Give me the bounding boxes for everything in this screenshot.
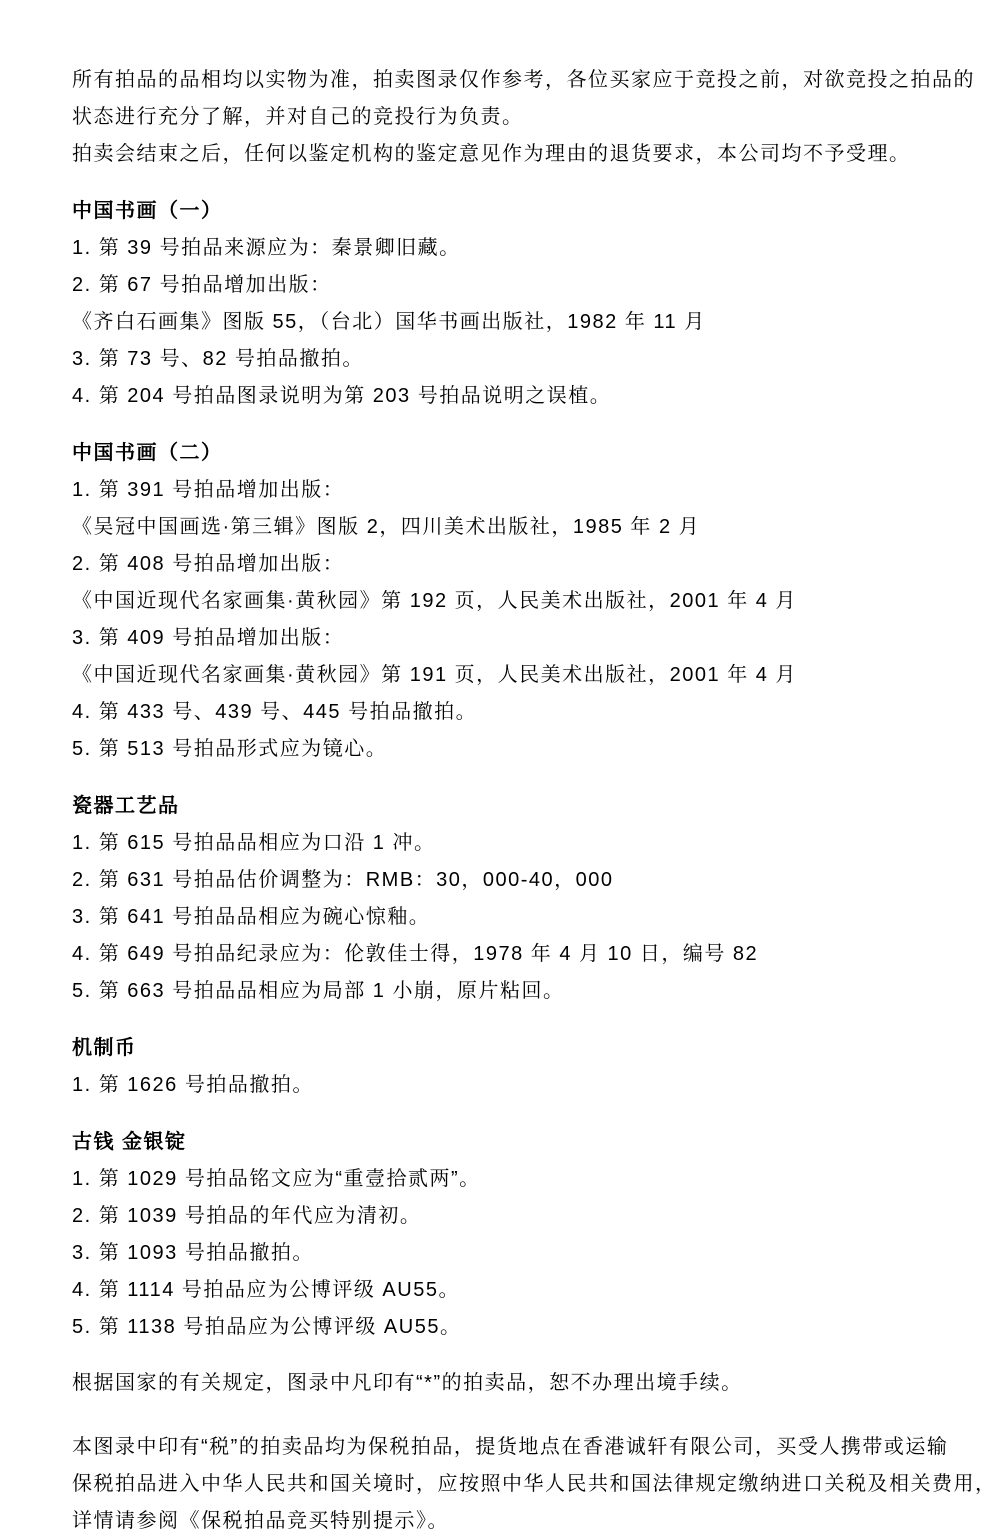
errata-item: 3. 第 73 号、82 号拍品撤拍。 [72,341,986,378]
section-title: 中国书画（一） [72,193,986,230]
errata-item: 3. 第 409 号拍品增加出版： [72,620,986,657]
errata-item: 《中国近现代名家画集·黄秋园》第 191 页，人民美术出版社，2001 年 4 … [72,657,986,694]
errata-item: 《齐白石画集》图版 55，（台北）国华书画出版社，1982 年 11 月 [72,304,986,341]
errata-item: 1. 第 391 号拍品增加出版： [72,472,986,509]
footer-notices: 根据国家的有关规定，图录中凡印有“*”的拍卖品，恕不办理出境手续。本图录中印有“… [72,1365,986,1540]
errata-item: 《中国近现代名家画集·黄秋园》第 192 页，人民美术出版社，2001 年 4 … [72,583,986,620]
catalog-errata-page: 所有拍品的品相均以实物为准，拍卖图录仅作参考，各位买家应于竞投之前，对欲竞投之拍… [0,0,1000,1540]
footnote-line: 详情请参阅《保税拍品竞买特别提示》。 [72,1503,986,1540]
errata-item: 2. 第 1039 号拍品的年代应为清初。 [72,1198,986,1235]
errata-sections: 中国书画（一）1. 第 39 号拍品来源应为：秦景卿旧藏。2. 第 67 号拍品… [72,193,986,1346]
errata-item: 4. 第 433 号、439 号、445 号拍品撤拍。 [72,694,986,731]
section-title: 瓷器工艺品 [72,788,986,825]
errata-section: 中国书画（一）1. 第 39 号拍品来源应为：秦景卿旧藏。2. 第 67 号拍品… [72,193,986,415]
errata-item: 4. 第 1114 号拍品应为公博评级 AU55。 [72,1272,986,1309]
errata-item: 1. 第 1626 号拍品撤拍。 [72,1067,986,1104]
errata-item: 1. 第 39 号拍品来源应为：秦景卿旧藏。 [72,230,986,267]
errata-item: 1. 第 615 号拍品品相应为口沿 1 冲。 [72,825,986,862]
section-title: 古钱 金银锭 [72,1124,986,1161]
errata-item: 4. 第 204 号拍品图录说明为第 203 号拍品说明之误植。 [72,378,986,415]
errata-item: 3. 第 641 号拍品品相应为碗心惊釉。 [72,899,986,936]
errata-item: 《吴冠中国画选·第三辑》图版 2，四川美术出版社，1985 年 2 月 [72,509,986,546]
intro-line: 所有拍品的品相均以实物为准，拍卖图录仅作参考，各位买家应于竞投之前，对欲竞投之拍… [72,62,986,99]
errata-item: 5. 第 513 号拍品形式应为镜心。 [72,731,986,768]
errata-item: 3. 第 1093 号拍品撤拍。 [72,1235,986,1272]
intro-paragraph: 拍卖会结束之后，任何以鉴定机构的鉴定意见作为理由的退货要求，本公司均不予受理。 [72,136,986,173]
intro-paragraph: 所有拍品的品相均以实物为准，拍卖图录仅作参考，各位买家应于竞投之前，对欲竞投之拍… [72,62,986,136]
intro-line: 状态进行充分了解，并对自己的竞投行为负责。 [72,99,986,136]
export-restriction-notice: 根据国家的有关规定，图录中凡印有“*”的拍卖品，恕不办理出境手续。 [72,1365,986,1402]
errata-item: 2. 第 408 号拍品增加出版： [72,546,986,583]
errata-section: 机制币1. 第 1626 号拍品撤拍。 [72,1030,986,1104]
errata-item: 2. 第 631 号拍品估价调整为：RMB：30，000-40，000 [72,862,986,899]
footnote-line: 本图录中印有“税”的拍卖品均为保税拍品，提货地点在香港诚轩有限公司，买受人携带或… [72,1429,986,1466]
footnote-line: 保税拍品进入中华人民共和国关境时，应按照中华人民共和国法律规定缴纳进口关税及相关… [72,1466,986,1503]
footnote-line: 根据国家的有关规定，图录中凡印有“*”的拍卖品，恕不办理出境手续。 [72,1365,986,1402]
errata-section: 古钱 金银锭1. 第 1029 号拍品铭文应为“重壹拾贰两”。2. 第 1039… [72,1124,986,1346]
errata-item: 5. 第 1138 号拍品应为公博评级 AU55。 [72,1309,986,1346]
errata-item: 4. 第 649 号拍品纪录应为：伦敦佳士得，1978 年 4 月 10 日，编… [72,936,986,973]
errata-section: 瓷器工艺品1. 第 615 号拍品品相应为口沿 1 冲。2. 第 631 号拍品… [72,788,986,1010]
section-title: 机制币 [72,1030,986,1067]
errata-item: 1. 第 1029 号拍品铭文应为“重壹拾贰两”。 [72,1161,986,1198]
errata-item: 5. 第 663 号拍品品相应为局部 1 小崩，原片粘回。 [72,973,986,1010]
intro-notice: 所有拍品的品相均以实物为准，拍卖图录仅作参考，各位买家应于竞投之前，对欲竞投之拍… [72,62,986,173]
intro-line: 拍卖会结束之后，任何以鉴定机构的鉴定意见作为理由的退货要求，本公司均不予受理。 [72,136,986,173]
bonded-lot-notice: 本图录中印有“税”的拍卖品均为保税拍品，提货地点在香港诚轩有限公司，买受人携带或… [72,1429,986,1540]
errata-section: 中国书画（二）1. 第 391 号拍品增加出版：《吴冠中国画选·第三辑》图版 2… [72,435,986,768]
section-title: 中国书画（二） [72,435,986,472]
errata-item: 2. 第 67 号拍品增加出版： [72,267,986,304]
